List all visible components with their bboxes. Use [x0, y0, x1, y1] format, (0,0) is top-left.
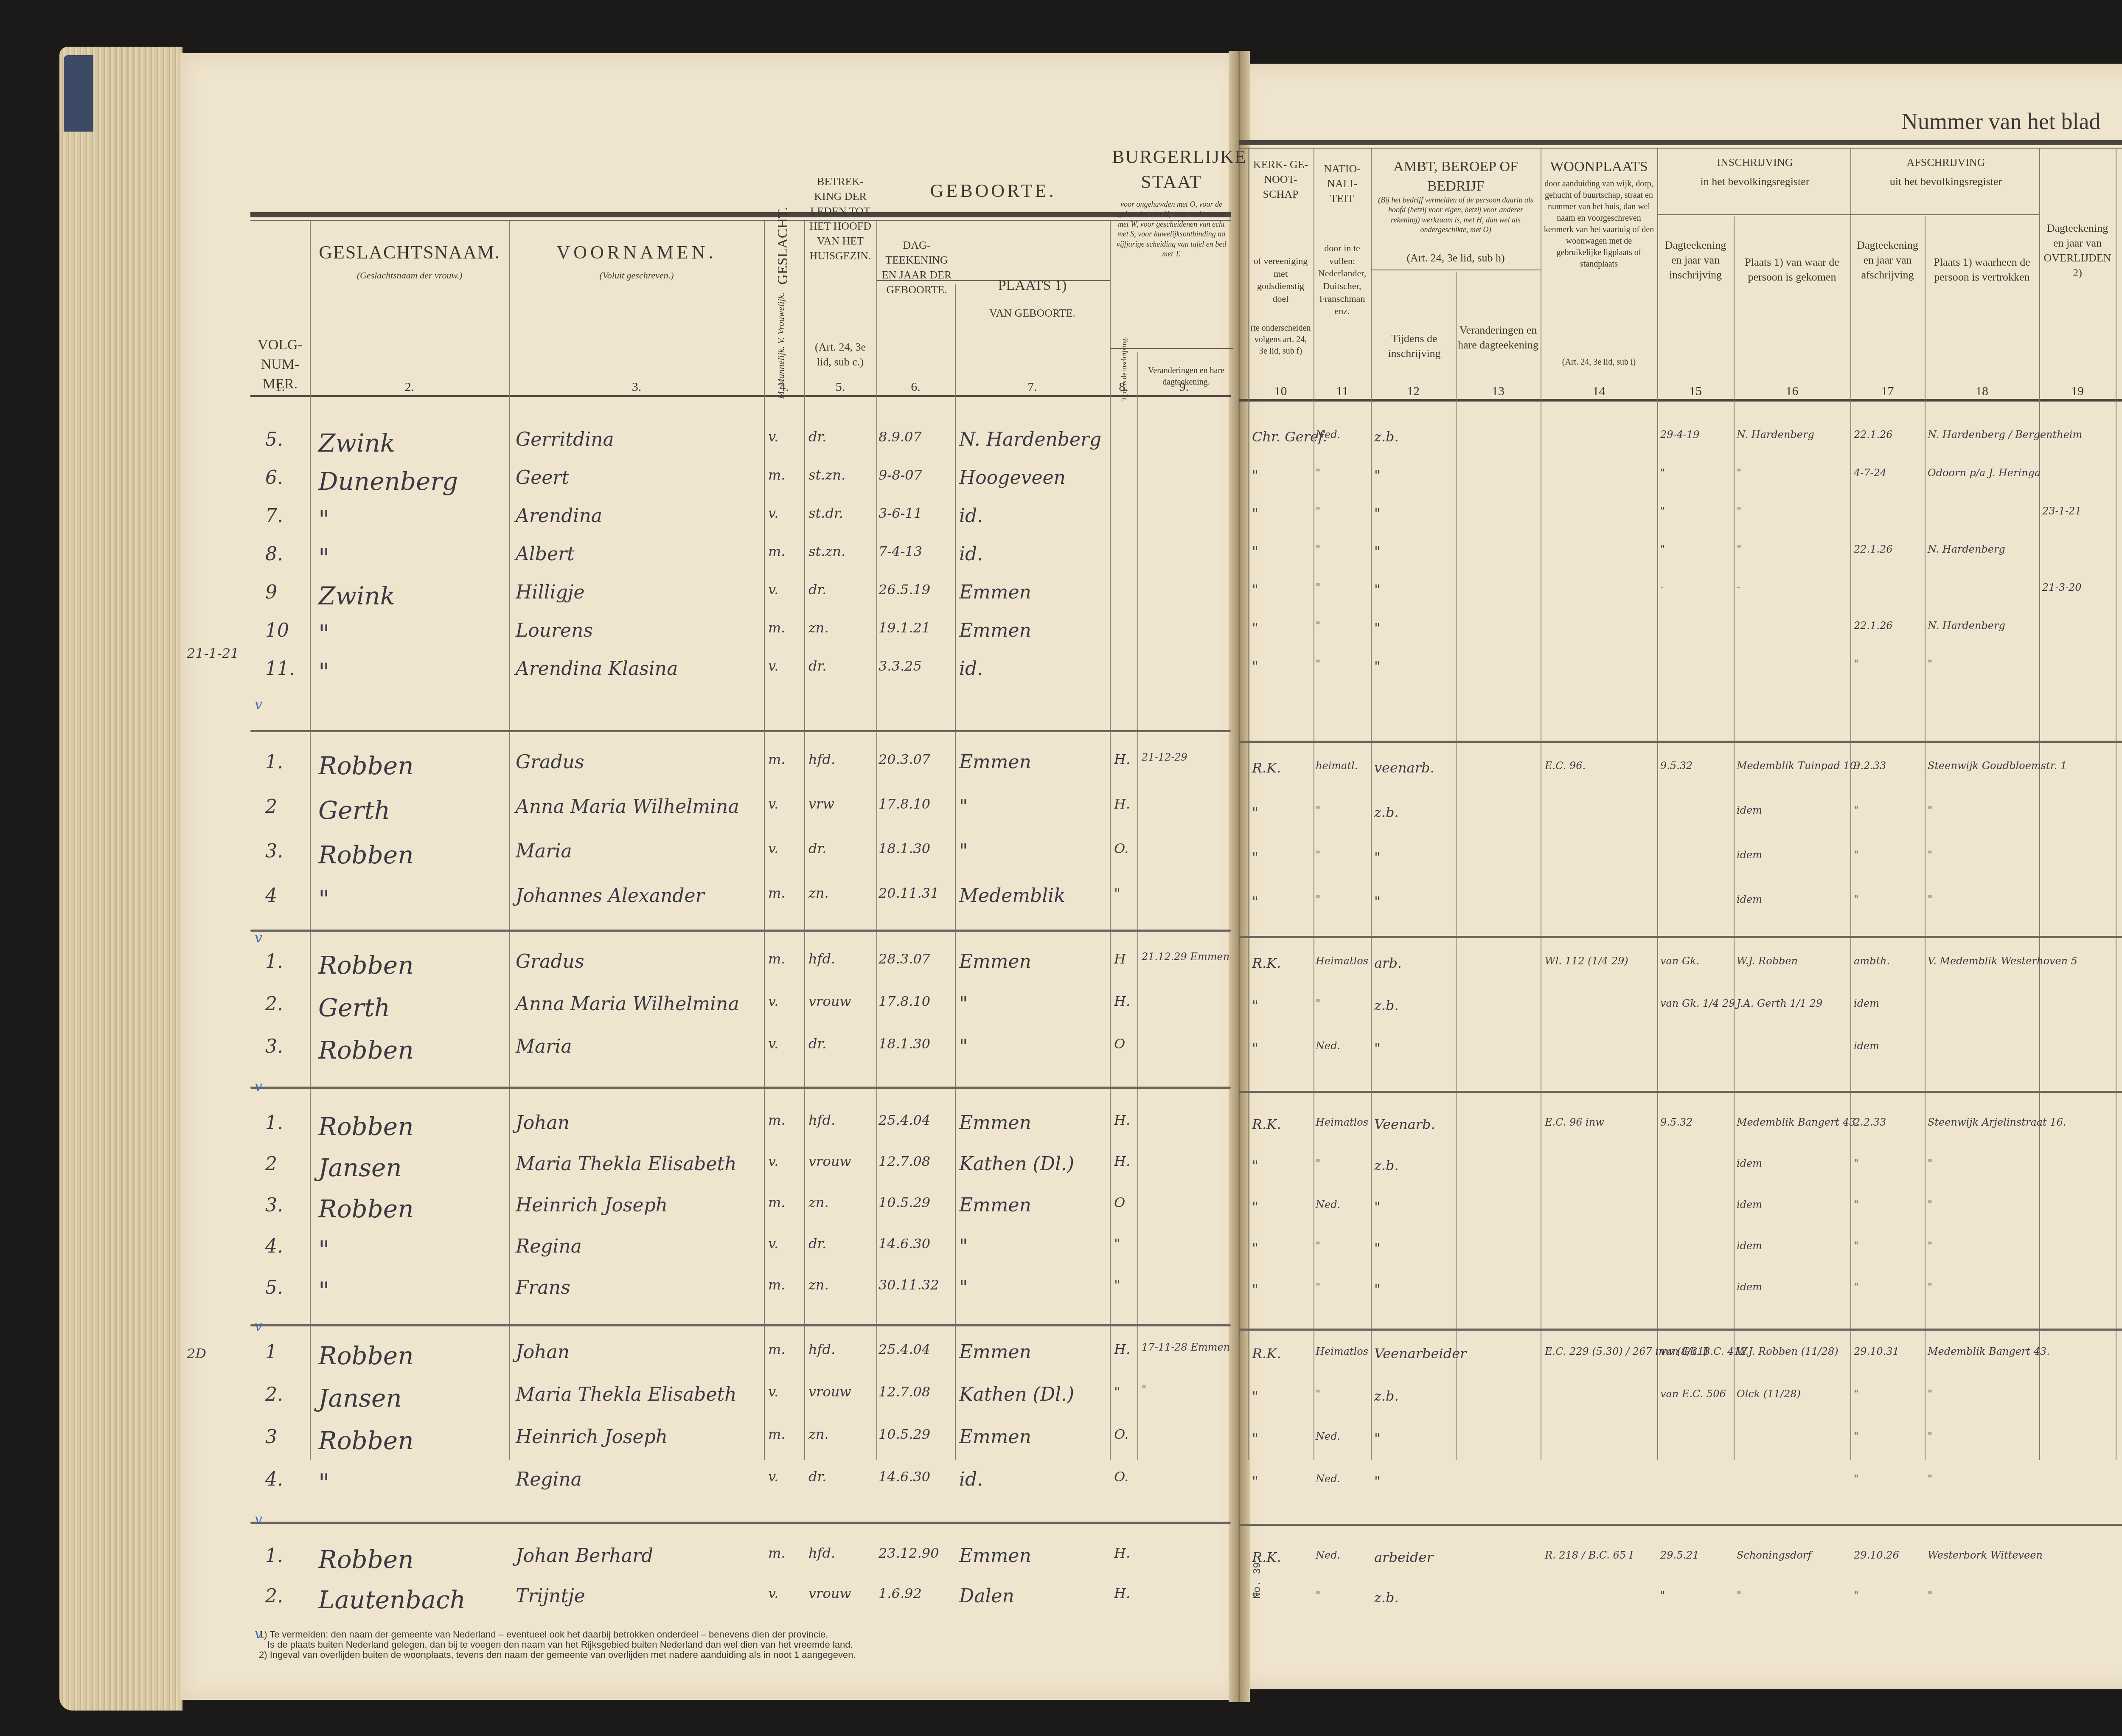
cell-sex: m. — [768, 1194, 786, 1211]
cell-sex: v. — [768, 993, 778, 1009]
cell-rel: vrouw — [808, 993, 851, 1009]
cell-af-place: Odoorn p/a J. Heringa — [1928, 467, 2041, 479]
cell-ambt: " — [1374, 1040, 1381, 1056]
cell-kerk: " — [1252, 1240, 1258, 1256]
header-nationaliteit: NATIO- NALI- TEIT — [1316, 161, 1369, 206]
cell-given: Anna Maria Wilhelmina — [516, 796, 739, 817]
cell-staat: O — [1114, 1036, 1125, 1052]
cell-place: Dalen — [959, 1585, 1014, 1607]
cell-ambt: " — [1374, 467, 1381, 483]
cell-rel: st.zn. — [808, 543, 845, 559]
cell-rel: zn. — [808, 1194, 829, 1211]
check-mark-icon: v — [255, 1511, 262, 1527]
cell-nr: 11. — [265, 658, 295, 680]
header-inschrijving: INSCHRIJVING — [1659, 155, 1850, 170]
cell-staat: H — [1114, 951, 1126, 967]
cell-nr: 4 — [265, 885, 277, 907]
cell-in-date: van Gk. B.C. 412 — [1660, 1346, 1747, 1357]
check-mark-icon: v — [255, 696, 262, 712]
cell-nr: 8. — [265, 543, 283, 565]
cell-nat: Ned. — [1316, 1549, 1340, 1561]
header-aanmerkingen-sub: (Art. 24, 5e lid) — [2118, 272, 2122, 287]
colnum-2: 2. — [314, 380, 505, 394]
cell-af-date: 9.2.33 — [1854, 760, 1886, 772]
cell-nat: Heimatlos — [1316, 1346, 1368, 1357]
header-betrekking: BETREK- KING DER LEDEN TOT HET HOOFD VAN… — [806, 174, 874, 264]
cell-nat: Heimatlos — [1316, 1116, 1368, 1128]
cell-nr: 2 — [265, 1153, 277, 1175]
cell-in-place: Medemblik Tuinpad 10. — [1737, 760, 1859, 772]
cell-staat: O — [1114, 1194, 1125, 1211]
cell-nat: Ned. — [1316, 429, 1340, 441]
cell-af-date: " — [1854, 1199, 1858, 1211]
cell-af-place: Steenwijk Arjelinstraat 16. — [1928, 1116, 2066, 1128]
cell-kerk: " — [1252, 505, 1258, 521]
cell-staat: H. — [1114, 1341, 1130, 1357]
cell-af-date: " — [1854, 1157, 1858, 1169]
colnum-11: 11 — [1314, 384, 1371, 399]
cell-af-place: " — [1928, 1199, 1932, 1211]
header-inschrijving-datum: Dagteekening en jaar van inschrijving — [1659, 238, 1732, 282]
cell-born: 9-8-07 — [879, 467, 922, 483]
cell-place: Emmen — [959, 1112, 1031, 1134]
cell-sex: m. — [768, 1341, 786, 1357]
cell-born: 20.3.07 — [879, 751, 930, 767]
cell-rel: vrouw — [808, 1384, 851, 1400]
cell-af-date: 29.10.26 — [1854, 1549, 1899, 1561]
cell-surname: " — [318, 505, 330, 534]
colnum-6: 6. — [876, 380, 955, 394]
cell-af-date: idem — [1854, 997, 1879, 1009]
cell-ambt: z.b. — [1374, 804, 1399, 820]
header-nationaliteit-sub: door in te vullen: Nederlander, Duitsche… — [1316, 242, 1369, 317]
cell-ambt: " — [1374, 1473, 1381, 1489]
cell-woon: R. 218 / B.C. 65 I — [1545, 1549, 1633, 1561]
cell-af-place: " — [1928, 1590, 1932, 1601]
cell-staat: H. — [1114, 751, 1130, 767]
cell-kerk: " — [1252, 1388, 1258, 1404]
cell-sex: v. — [768, 1236, 778, 1252]
cell-nr: 2. — [265, 1585, 283, 1607]
cell-place: Emmen — [959, 1341, 1031, 1363]
cell-born: 7-4-13 — [879, 543, 922, 559]
cell-in-place: idem — [1737, 1240, 1762, 1252]
cell-born: 1.6.92 — [879, 1585, 922, 1601]
cell-born: 17.8.10 — [879, 993, 930, 1009]
cell-place: Kathen (Dl.) — [959, 1153, 1074, 1175]
cell-af-date: " — [1854, 804, 1858, 816]
cell-sex: m. — [768, 885, 786, 901]
cell-given: Gradus — [516, 951, 584, 972]
cell-af-place: N. Hardenberg — [1928, 620, 2005, 632]
cell-nat: " — [1316, 1157, 1320, 1169]
cell-sex: v. — [768, 1585, 778, 1601]
cell-place: " — [959, 1236, 968, 1257]
header-inschrijving-sub: in het bevolkingsregister — [1659, 174, 1850, 189]
colnum-16: 16 — [1734, 384, 1850, 399]
cell-woon: E.C. 96 inw — [1545, 1116, 1604, 1128]
cell-place: id. — [959, 505, 983, 527]
cell-nr: 6. — [265, 467, 283, 489]
cell-rel: hfd. — [808, 1545, 835, 1561]
cell-staat: H. — [1114, 1585, 1130, 1601]
cell-nr: 2 — [265, 796, 277, 817]
cell-ambt: z.b. — [1374, 1590, 1399, 1606]
header-betrekking-sub: (Art. 24, 3e lid, sub c.) — [806, 340, 874, 369]
cell-born: 25.4.04 — [879, 1341, 930, 1357]
cell-af-date: " — [1854, 1388, 1858, 1400]
cell-in-place: idem — [1737, 893, 1762, 905]
cell-born: 23.12.90 — [879, 1545, 939, 1561]
header-geboorteplaats: PLAATS 1) — [957, 276, 1108, 295]
cell-rel: st.dr. — [808, 505, 843, 521]
cell-af-place: " — [1928, 1157, 1932, 1169]
cell-af-place: V. Medemblik Westerhoven 5 — [1928, 955, 2077, 967]
cell-born: 14.6.30 — [879, 1236, 930, 1252]
cell-place: id. — [959, 1469, 983, 1490]
cell-af-date: 2.2.33 — [1854, 1116, 1886, 1128]
header-burgerlijke-staat: BURGERLIJKE STAAT — [1112, 144, 1231, 195]
cell-born: 20.11.31 — [879, 885, 939, 901]
cell-rel: st.zn. — [808, 467, 845, 483]
cell-in-place: idem — [1737, 1199, 1762, 1211]
header-afschrijving-plaats: Plaats 1) waarheen de persoon is vertrok… — [1927, 255, 2037, 284]
header-afschrijving-sub: uit het bevolkingsregister — [1853, 174, 2039, 189]
colnum-17: 17 — [1850, 384, 1925, 399]
cell-nr: 2. — [265, 993, 283, 1015]
cell-in-date: van E.C. 506 — [1660, 1388, 1726, 1400]
cell-nr: 3. — [265, 840, 283, 862]
cell-ambt: z.b. — [1374, 997, 1399, 1014]
header-overlijden: Dagteekening en jaar van OVERLIJDEN 2) — [2041, 221, 2114, 280]
cell-surname: Zwink — [318, 581, 395, 610]
cell-given: Geert — [516, 467, 569, 489]
cell-born: 12.7.08 — [879, 1384, 930, 1400]
cell-in-place: " — [1737, 1590, 1741, 1601]
right-page — [1237, 64, 2122, 1689]
cell-place: " — [959, 993, 968, 1015]
cell-born: 3.3.25 — [879, 658, 922, 674]
header-ambt-veranderingen: Veranderingen en hare dagteekening — [1458, 323, 1538, 352]
header-burgerlijke-staat-sub: voor ongehuwden met O, voor de gehuwden … — [1112, 199, 1231, 259]
book-page-edges — [59, 47, 182, 1711]
cell-nr: 1. — [265, 951, 283, 972]
cell-af-place: Medemblik Bangert 43. — [1928, 1346, 2050, 1357]
cell-kerk: " — [1252, 893, 1258, 910]
cell-sex: v. — [768, 1036, 778, 1052]
cell-af-place: " — [1928, 1240, 1932, 1252]
cell-in-place: " — [1737, 505, 1741, 517]
cell-ambt: z.b. — [1374, 1388, 1399, 1404]
cell-af-date: 4-7-24 — [1854, 467, 1886, 479]
cell-sex: m. — [768, 1112, 786, 1128]
cell-surname: Gerth — [318, 796, 390, 825]
cell-kerk: " — [1252, 1473, 1258, 1489]
check-mark-icon: v — [255, 930, 262, 946]
cell-in-place: idem — [1737, 1157, 1762, 1169]
header-woonplaats-sub: door aanduiding van wijk, dorp, gehucht … — [1543, 178, 1655, 270]
header-ambt-sub: (Bij het bedrijf vermelden of de persoon… — [1373, 195, 1538, 235]
cell-af-date: 22.1.26 — [1854, 620, 1893, 632]
cell-af-place: " — [1928, 893, 1932, 905]
cell-place: " — [959, 796, 968, 817]
colnum-3: 3. — [514, 380, 760, 394]
cell-kerk: R.K. — [1252, 760, 1281, 776]
cell-staat: " — [1114, 1236, 1120, 1252]
cell-af-date: " — [1854, 1430, 1858, 1442]
cell-nat: " — [1316, 467, 1320, 479]
cell-ambt: arbeider — [1374, 1549, 1433, 1565]
colnum-18: 18 — [1925, 384, 2039, 399]
cell-surname: " — [318, 885, 330, 914]
cell-in-date: 9.5.32 — [1660, 760, 1693, 772]
header-staat-inschrijving: Tijdens de inschrijving. — [1121, 331, 1128, 407]
colnum-12: 12 — [1371, 384, 1456, 399]
footnote-1: 1) Te vermelden: den naam der gemeente v… — [259, 1629, 828, 1640]
cell-in-place: J.A. Gerth 1/1 29 — [1737, 997, 1822, 1009]
cell-nat: " — [1316, 658, 1320, 670]
cell-surname: Lautenbach — [318, 1585, 466, 1614]
cell-given: Maria — [516, 1036, 572, 1057]
colnum-5: 5. — [804, 380, 876, 394]
cell-in-place: idem — [1737, 849, 1762, 861]
cell-in-date: 29.5.21 — [1660, 1549, 1699, 1561]
cell-surname: Zwink — [318, 429, 395, 458]
cell-in-place: N. Hardenberg — [1737, 429, 1814, 441]
cell-ambt: Veenarbeider — [1374, 1346, 1466, 1362]
cell-given: Anna Maria Wilhelmina — [516, 993, 739, 1015]
cell-in-place: W.J. Robben (11/28) — [1737, 1346, 1839, 1357]
colnum-1: 1. — [250, 380, 310, 394]
cell-sex: m. — [768, 751, 786, 767]
header-aanmerkingen: AANMERKINGEN — [2118, 238, 2122, 253]
header-ambt: AMBT, BEROEP OF BEDRIJF — [1373, 157, 1538, 196]
cell-kerk: " — [1252, 997, 1258, 1014]
cell-woon: Wl. 112 (1/4 29) — [1545, 955, 1628, 967]
cell-born: 30.11.32 — [879, 1277, 939, 1293]
header-kerkgenootschap-sub2: (te onderscheiden volgens art. 24, 3e li… — [1250, 323, 1311, 357]
cell-in-place: W.J. Robben — [1737, 955, 1798, 967]
cell-ambt: veenarb. — [1374, 760, 1434, 776]
cell-nr: 1 — [265, 1341, 277, 1363]
cell-af-date: " — [1854, 658, 1858, 670]
cell-ambt: z.b. — [1374, 1157, 1399, 1174]
cell-staat: H. — [1114, 993, 1130, 1009]
cell-place: Emmen — [959, 620, 1031, 641]
cell-rel: zn. — [808, 885, 829, 901]
cell-staat-change: " — [1142, 1384, 1146, 1396]
book-gutter — [1229, 51, 1250, 1702]
cell-given: Heinrich Joseph — [516, 1194, 668, 1216]
cell-nr: 3. — [265, 1036, 283, 1057]
cell-af-place: " — [1928, 1473, 1932, 1485]
cell-kerk: R.K. — [1252, 1346, 1281, 1362]
header-afschrijving: AFSCHRIJVING — [1853, 155, 2039, 170]
header-geslachtsnaam-sub: (Geslachtsnaam der vrouw.) — [314, 270, 505, 282]
colnum-7: 7. — [955, 380, 1110, 394]
cell-given: Johan Berhard — [516, 1545, 653, 1567]
header-geboortedatum: DAG- TEEKENING EN JAAR DER GEBOORTE. — [879, 238, 955, 297]
cell-rel: hfd. — [808, 1341, 835, 1357]
colnum-20: 20 — [2116, 384, 2122, 399]
cell-ambt: Veenarb. — [1374, 1116, 1435, 1132]
cell-ambt: " — [1374, 658, 1381, 674]
cell-sex: v. — [768, 429, 778, 445]
cell-af-date: " — [1854, 849, 1858, 861]
cell-af-place: " — [1928, 1281, 1932, 1293]
cell-sex: v. — [768, 658, 778, 674]
cell-nr: 5. — [265, 1277, 283, 1298]
cell-born: 19.1.21 — [879, 620, 930, 636]
cell-place: N. Hardenberg — [959, 429, 1101, 450]
cell-given: Maria Thekla Elisabeth — [516, 1384, 737, 1405]
cell-rel: zn. — [808, 620, 829, 636]
cell-given: Gerritdina — [516, 429, 614, 450]
cell-rel: dr. — [808, 581, 826, 598]
colnum-13: 13 — [1456, 384, 1541, 399]
cell-given: Regina — [516, 1236, 582, 1257]
cell-ambt: " — [1374, 1199, 1381, 1215]
cell-given: Frans — [516, 1277, 570, 1298]
cell-born: 8.9.07 — [879, 429, 922, 445]
cell-surname: " — [318, 658, 330, 687]
cell-nat: " — [1316, 849, 1320, 861]
cell-rel: hfd. — [808, 1112, 835, 1128]
cell-given: Regina — [516, 1469, 582, 1490]
cell-nat: " — [1316, 804, 1320, 816]
cell-af-date: " — [1854, 1473, 1858, 1485]
cell-surname: " — [318, 1469, 330, 1497]
header-voornamen-sub: (Voluit geschreven.) — [514, 270, 760, 282]
cell-kerk: " — [1252, 543, 1258, 559]
cell-place: Medemblik — [959, 885, 1065, 907]
page-number-label: Nummer van het blad — [1901, 108, 2100, 135]
cell-nat: Heimatlos — [1316, 955, 1368, 967]
cell-ambt: arb. — [1374, 955, 1402, 971]
cell-sex: v. — [768, 1384, 778, 1400]
cell-ambt: z.b. — [1374, 429, 1399, 445]
cell-born: 14.6.30 — [879, 1469, 930, 1485]
cell-place: Kathen (Dl.) — [959, 1384, 1074, 1405]
cell-nat: " — [1316, 1590, 1320, 1601]
cell-af-place: " — [1928, 849, 1932, 861]
cell-given: Maria — [516, 840, 572, 862]
cell-kerk: " — [1252, 581, 1258, 598]
cell-in-place: idem — [1737, 804, 1762, 816]
cell-surname: Jansen — [318, 1153, 402, 1182]
cell-place: Emmen — [959, 951, 1031, 972]
cell-nat: Ned. — [1316, 1040, 1340, 1052]
cell-ambt: " — [1374, 581, 1381, 598]
cell-in-place: Medemblik Bangert 43. — [1737, 1116, 1859, 1128]
cell-sex: v. — [768, 581, 778, 598]
cell-nat: " — [1316, 543, 1320, 555]
header-geboorte: GEBOORTE. — [879, 178, 1108, 203]
cell-ambt: " — [1374, 1281, 1381, 1297]
cell-in-date: " — [1660, 543, 1665, 555]
cell-sex: m. — [768, 1277, 786, 1293]
header-woonplaats: WOONPLAATS — [1543, 157, 1655, 177]
cell-given: Lourens — [516, 620, 593, 641]
cell-rel: dr. — [808, 840, 826, 857]
margin-note: 21-1-21 — [187, 645, 239, 661]
cell-staat: O. — [1114, 1426, 1129, 1442]
cell-kerk: " — [1252, 1040, 1258, 1056]
cell-place: id. — [959, 658, 983, 680]
cell-given: Trijntje — [516, 1585, 585, 1607]
cell-staat: O. — [1114, 840, 1129, 857]
cell-kerk: " — [1252, 804, 1258, 820]
cell-af-date: 22.1.26 — [1854, 429, 1893, 441]
cell-sex: m. — [768, 467, 786, 483]
cell-nat: Ned. — [1316, 1199, 1340, 1211]
cell-af-place: Steenwijk Goudbloemstr. 1 — [1928, 760, 2067, 772]
cell-sex: m. — [768, 620, 786, 636]
cell-af-place: " — [1928, 804, 1932, 816]
cell-in-date: 29-4-19 — [1660, 429, 1700, 441]
cell-af-place: " — [1928, 1430, 1932, 1442]
cell-nr: 10 — [265, 620, 289, 641]
cell-nat: " — [1316, 620, 1320, 632]
cell-staat-change: 21.12.29 Emmen — [1142, 951, 1229, 963]
cell-in-date: - — [1660, 581, 1664, 593]
cell-place: Emmen — [959, 1545, 1031, 1567]
cell-nr: 3. — [265, 1194, 283, 1216]
cell-born: 26.5.19 — [879, 581, 930, 598]
cell-kerk: " — [1252, 1199, 1258, 1215]
cell-nat: " — [1316, 1388, 1320, 1400]
cell-surname: Robben — [318, 1036, 414, 1065]
cell-nat: " — [1316, 581, 1320, 593]
cell-staat: " — [1114, 885, 1120, 901]
cell-sex: m. — [768, 543, 786, 559]
cell-place: " — [959, 840, 968, 862]
cell-nat: " — [1316, 997, 1320, 1009]
sheet-stamp: No. 39 — [1252, 1562, 1263, 1598]
header-geslacht-sub: M. Mannelijk. V. Vrouwelijk. — [775, 265, 787, 426]
cell-born: 10.5.29 — [879, 1426, 930, 1442]
cell-place: Hoogeveen — [959, 467, 1066, 489]
cell-place: " — [959, 1036, 968, 1057]
cell-in-place: Olck (11/28) — [1737, 1388, 1801, 1400]
header-woonplaats-sub2: (Art. 24, 3e lid, sub i) — [1543, 357, 1655, 368]
cell-given: Maria Thekla Elisabeth — [516, 1153, 737, 1175]
cell-af-date: 22.1.26 — [1854, 543, 1893, 555]
cell-af-date: 29.10.31 — [1854, 1346, 1899, 1357]
cell-staat: H. — [1114, 1112, 1130, 1128]
check-mark-icon: v — [255, 1318, 262, 1334]
cell-af-date: " — [1854, 893, 1858, 905]
colnum-10: 10 — [1248, 384, 1314, 399]
cell-born: 3-6-11 — [879, 505, 922, 521]
cell-kerk: " — [1252, 849, 1258, 865]
cell-in-place: " — [1737, 467, 1741, 479]
cell-kerk: " — [1252, 1430, 1258, 1447]
cell-died: 23-1-21 — [2042, 505, 2082, 517]
cell-staat-change: 21-12-29 — [1142, 751, 1187, 763]
cell-surname: Jansen — [318, 1384, 402, 1413]
cell-in-date: " — [1660, 505, 1665, 517]
cell-ambt: " — [1374, 620, 1381, 636]
cell-nat: " — [1316, 1281, 1320, 1293]
cell-af-date: " — [1854, 1590, 1858, 1601]
cell-in-date: 9.5.32 — [1660, 1116, 1693, 1128]
book-spine — [64, 55, 93, 132]
cell-nr: 1. — [265, 1112, 283, 1134]
cell-born: 17.8.10 — [879, 796, 930, 812]
cell-rel: zn. — [808, 1426, 829, 1442]
cell-in-date: van Gk. 1/4 29 — [1660, 997, 1735, 1009]
